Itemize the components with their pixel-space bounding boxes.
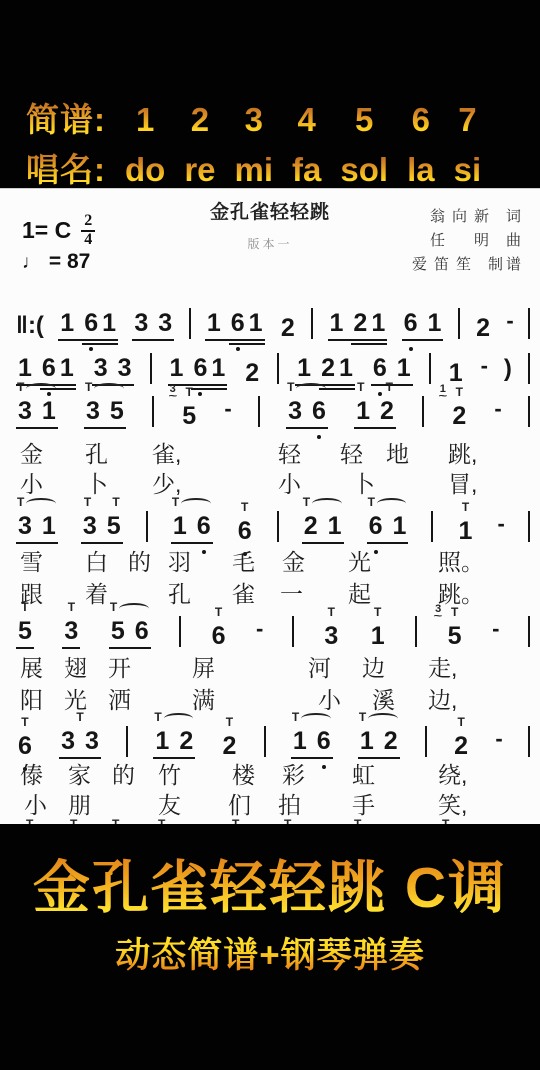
- thumb-mark: T: [70, 817, 77, 824]
- lyric-syllable: 雀,: [152, 443, 181, 466]
- note-group: T36: [286, 382, 328, 429]
- note-group: T6: [210, 607, 228, 649]
- barline: [528, 308, 530, 339]
- lyric-syllable: 白: [85, 551, 108, 574]
- note-row: 6: [16, 734, 34, 759]
- scale-number: 1: [132, 101, 158, 139]
- lyric-syllable: 拍: [278, 794, 301, 817]
- note-digit: 6: [135, 619, 149, 644]
- note-digit: 5: [111, 619, 125, 644]
- note-group: T1~2: [450, 387, 468, 429]
- lyric-syllable: 家: [68, 764, 91, 787]
- note-row: 16: [291, 729, 333, 759]
- fingering-marks: T: [16, 717, 34, 731]
- lyric-syllable: 起: [348, 583, 371, 606]
- dash-note: -: [494, 398, 501, 420]
- note-row: 61: [402, 311, 444, 341]
- tempo-value: = 87: [49, 250, 90, 273]
- dash-note: -: [481, 355, 488, 377]
- fingering-marks: T: [452, 717, 470, 731]
- finger-squiggle: ~: [434, 613, 443, 620]
- note-row: 2: [279, 316, 297, 341]
- note-row: 56: [109, 619, 151, 649]
- lyric-syllable: 小: [318, 689, 341, 712]
- note-row: 1: [457, 519, 475, 544]
- barline: [311, 308, 313, 339]
- credit-role: 词: [506, 205, 524, 229]
- lyric-syllable: 轻: [340, 443, 363, 466]
- note-digit: 6: [84, 311, 98, 336]
- note-digit: 3: [83, 514, 97, 539]
- lyric-syllable: 金: [282, 551, 305, 574]
- note-digit: 5: [110, 399, 124, 424]
- slur-arc: [26, 383, 55, 394]
- finger-number: 1~: [436, 385, 449, 400]
- barline: [431, 511, 433, 542]
- thumb-mark: T: [442, 817, 449, 824]
- finger-squiggle: ~: [438, 393, 447, 400]
- note-digit: 1: [371, 311, 385, 336]
- score-symbol: ‖:(: [16, 314, 44, 338]
- note-digit: 6: [231, 311, 245, 336]
- jianpu-row-label: 简谱:: [26, 94, 110, 141]
- credit-role: 曲: [506, 229, 524, 253]
- thumb-mark: T: [232, 817, 239, 824]
- lyric-syllable: 卜: [352, 473, 375, 496]
- barline: [458, 308, 460, 339]
- lyric-syllable: 冒,: [448, 473, 477, 496]
- thumb-mark: T: [456, 387, 463, 397]
- note-group: T3~5: [180, 387, 198, 429]
- credit-row: 爱笛笙制谱: [412, 253, 524, 277]
- solfege-row-label: 唱名:: [26, 144, 110, 191]
- note-group: T2: [220, 717, 238, 759]
- note-digit: 5: [107, 514, 121, 539]
- lyric-syllable: 傣: [20, 764, 43, 787]
- scale-number: 2: [187, 101, 213, 139]
- note-row: 12: [153, 729, 195, 759]
- note-group: T33: [59, 712, 101, 759]
- quarter-note-icon: ♩: [22, 252, 41, 273]
- note-group: T12: [153, 712, 195, 759]
- note-row: 1: [369, 624, 387, 649]
- fingering-marks: T: [457, 502, 475, 516]
- note-digit: 2: [304, 514, 318, 539]
- note-digit: 5: [18, 619, 32, 644]
- fingering-marks: T: [180, 387, 198, 401]
- note-row: 161: [58, 311, 118, 341]
- note-digit: 1: [18, 356, 32, 381]
- note-group: T12: [358, 712, 400, 759]
- note-digit: 6: [212, 624, 226, 649]
- dash-note: -: [495, 728, 502, 750]
- thumb-mark: T: [386, 382, 393, 392]
- note-digit: 6: [317, 729, 331, 754]
- lyric-syllable: 绕,: [438, 764, 467, 787]
- note-row: 3: [322, 624, 340, 649]
- barline: [264, 726, 266, 757]
- note-group: 61: [402, 311, 444, 341]
- note-digit: 1: [393, 514, 407, 539]
- note-row: 5: [180, 404, 198, 429]
- note-digit: 2: [454, 734, 468, 759]
- lyric-row: 跟着孔雀一起跳。: [0, 583, 540, 611]
- note-group: T2: [452, 717, 470, 759]
- key-signature: 1= C 2 4 ♩ = 87: [22, 213, 95, 274]
- note-digit: 6: [197, 514, 211, 539]
- credit-row: 任 明曲: [412, 229, 524, 253]
- note-row: 35: [84, 399, 126, 429]
- note-row: 16: [171, 514, 213, 544]
- note-digit: 1: [371, 624, 385, 649]
- note-digit: 3: [94, 356, 108, 381]
- bottom-title: 金孔雀轻轻跳 C调: [0, 842, 540, 924]
- note-digit: 2: [384, 729, 398, 754]
- note-digit: 1: [60, 311, 74, 336]
- note-digit: 3: [85, 729, 99, 754]
- lyric-syllable: 河: [308, 657, 331, 680]
- slur-arc: [94, 383, 123, 394]
- lyric-syllable: 们: [228, 794, 251, 817]
- note-digit: 2: [380, 399, 394, 424]
- note-digit: 6: [373, 356, 387, 381]
- note-digit: 3: [64, 619, 78, 644]
- note-digit: 3: [18, 399, 32, 424]
- score-symbol: ): [504, 357, 512, 381]
- credit-row: 翁向新词: [412, 205, 524, 229]
- note-row: 33: [132, 311, 174, 341]
- note-digit: 1: [60, 356, 74, 381]
- fingering-marks: T: [450, 387, 468, 401]
- note-digit: 2: [452, 404, 466, 429]
- note-row: 61: [367, 514, 409, 544]
- lyric-row: 展翅开屏河边走,: [0, 657, 540, 685]
- lyric-syllable: 的: [128, 551, 151, 574]
- fingering-marks: T: [286, 382, 328, 396]
- barline: [528, 511, 530, 542]
- thumb-mark: T: [186, 387, 193, 397]
- credit-name: 翁向新: [430, 205, 496, 229]
- note-digit: 1: [328, 514, 342, 539]
- lyric-row: 傣家的竹楼彩虹绕,: [0, 764, 540, 792]
- note-row: 33: [59, 729, 101, 759]
- note-digit: 1: [360, 729, 374, 754]
- solfege-syllable: sol: [336, 151, 392, 189]
- note-digit: 1: [211, 356, 225, 381]
- barline: [277, 511, 279, 542]
- video-frame: 简谱: 唱名: 1do2re3mi4fa5sol6la7si 金孔雀轻轻跳 版本…: [0, 0, 540, 1070]
- note-row: 161: [168, 356, 228, 386]
- lyric-syllable: 孔: [85, 443, 108, 466]
- note-row: 35: [81, 514, 123, 544]
- lyric-syllable: 雪: [20, 551, 43, 574]
- note-digit: 1: [427, 311, 441, 336]
- finger-number: 3~: [166, 385, 179, 400]
- fingering-marks: T: [236, 502, 254, 516]
- lyric-syllable: 屏: [192, 657, 215, 680]
- solfege-syllable: mi: [231, 151, 278, 189]
- lyric-syllable: 小: [278, 473, 301, 496]
- note-digit: 3: [18, 514, 32, 539]
- lyric-syllable: 跳。: [438, 583, 484, 606]
- lyric-syllable: 洒: [108, 689, 131, 712]
- lyric-syllable: 孔: [168, 583, 191, 606]
- note-digit: 3: [288, 399, 302, 424]
- barline: [528, 616, 530, 647]
- note-digit: 1: [339, 356, 353, 381]
- note-row: 2: [220, 734, 238, 759]
- note-row: 12: [358, 729, 400, 759]
- lyric-syllable: 光: [348, 551, 371, 574]
- score-line: T31TT35T16T6T21T61T1-: [16, 498, 530, 544]
- barline: [425, 726, 427, 757]
- barline: [146, 511, 148, 542]
- lyric-syllable: 轻: [278, 443, 301, 466]
- lyric-syllable: 跳,: [448, 443, 477, 466]
- thumb-mark: T: [226, 717, 233, 727]
- thumb-mark: T: [112, 817, 119, 824]
- lyric-syllable: 笑,: [438, 794, 467, 817]
- barline: [258, 396, 260, 427]
- note-group: T1: [369, 607, 387, 649]
- note-row: 121: [328, 311, 388, 341]
- note-digit: 1: [42, 399, 56, 424]
- note-digit: 1: [173, 514, 187, 539]
- lyric-syllable: 朋: [68, 794, 91, 817]
- note-group: 121: [328, 311, 388, 341]
- note-digit: 1: [170, 356, 184, 381]
- lyric-syllable: 满: [192, 689, 215, 712]
- fingering-marks: T: [220, 717, 238, 731]
- note-digit: 2: [222, 734, 236, 759]
- thumb-mark: T: [17, 382, 24, 392]
- solfege-banner: 简谱: 唱名: 1do2re3mi4fa5sol6la7si: [26, 94, 485, 191]
- note-group: T21: [302, 497, 344, 544]
- thumb-mark: T: [26, 817, 33, 824]
- dash-note: -: [506, 310, 513, 332]
- note-digit: 1: [297, 356, 311, 381]
- note-digit: 3: [86, 399, 100, 424]
- barline: [422, 396, 424, 427]
- note-group: 2: [474, 316, 492, 341]
- solfege-syllable: do: [121, 151, 169, 189]
- lyric-syllable: 手: [352, 794, 375, 817]
- lyric-syllable: 地: [386, 443, 409, 466]
- thumb-mark: T: [462, 502, 469, 512]
- clipped-fingering-row: TTTTTTTT: [0, 817, 540, 824]
- thumb-mark: T: [457, 717, 464, 727]
- note-row: 6: [236, 519, 254, 544]
- note-group: 161: [205, 311, 265, 341]
- note-group: T3~5: [446, 607, 464, 649]
- lyric-syllable: 着: [85, 583, 108, 606]
- note-group: T3: [322, 607, 340, 649]
- note-digit: 2: [281, 316, 295, 341]
- score-line: 161331612121611-): [16, 340, 530, 386]
- note-row: 3: [62, 619, 80, 649]
- lyric-syllable: 展: [20, 657, 43, 680]
- note-group: T16: [171, 497, 213, 544]
- scale-number: 7: [454, 101, 480, 139]
- thumb-mark: T: [354, 817, 361, 824]
- note-row: 31: [16, 399, 58, 429]
- note-row: 2: [452, 734, 470, 759]
- solfege-syllable: si: [450, 151, 486, 189]
- barline: [277, 353, 279, 384]
- note-row: 12: [354, 399, 396, 429]
- note-digit: 2: [476, 316, 490, 341]
- note-digit: 1: [293, 729, 307, 754]
- note-digit: 3: [118, 356, 132, 381]
- note-digit: 6: [18, 734, 32, 759]
- note-group: T61: [367, 497, 409, 544]
- note-group: TT35: [81, 497, 123, 544]
- note-digit: 3: [158, 311, 172, 336]
- note-group: 2: [279, 316, 297, 341]
- lyric-row: 小卜少,小卜冒,: [0, 473, 540, 501]
- lyric-row: 阳光洒满小溪边,: [0, 689, 540, 717]
- scale-number: 5: [351, 101, 377, 139]
- lyric-syllable: 雀: [232, 583, 255, 606]
- note-group: 161: [58, 311, 118, 341]
- fingering-marks: T: [16, 382, 58, 396]
- barline: [292, 616, 294, 647]
- note-digit: 2: [179, 729, 193, 754]
- note-digit: 5: [182, 404, 196, 429]
- lyric-syllable: 阳: [20, 689, 43, 712]
- lyric-syllable: 照。: [438, 551, 484, 574]
- note-digit: 1: [249, 311, 263, 336]
- thumb-mark: T: [287, 382, 294, 392]
- note-digit: 6: [404, 311, 418, 336]
- lyric-syllable: 小: [20, 473, 43, 496]
- note-group: 161: [168, 356, 228, 386]
- note-digit: 1: [207, 311, 221, 336]
- thumb-mark: T: [357, 382, 364, 392]
- lyric-syllable: 虹: [352, 764, 375, 787]
- note-digit: 1: [330, 311, 344, 336]
- barline: [528, 353, 530, 384]
- dash-note: -: [256, 618, 263, 640]
- credit-name: 任 明: [430, 229, 496, 253]
- note-group: T31: [16, 497, 58, 544]
- note-digit: 1: [356, 399, 370, 424]
- note-row: 6: [210, 624, 228, 649]
- finger-squiggle: ~: [168, 393, 177, 400]
- credits: 翁向新词任 明曲爱笛笙制谱: [412, 205, 524, 277]
- scale-number: 4: [294, 101, 320, 139]
- thumb-mark: T: [21, 717, 28, 727]
- score-line: ‖:(161331612121612-: [16, 295, 530, 341]
- lyric-syllable: 跟: [20, 583, 43, 606]
- note-digit: 2: [321, 356, 335, 381]
- barline: [126, 726, 128, 757]
- thumb-mark: T: [241, 502, 248, 512]
- note-row: 2: [474, 316, 492, 341]
- lyric-syllable: 走,: [428, 657, 457, 680]
- lyric-row: 金孔雀,轻轻地跳,: [0, 443, 540, 471]
- note-group: T1: [457, 502, 475, 544]
- note-row: 5: [446, 624, 464, 649]
- solfege-syllable: la: [403, 151, 439, 189]
- note-digit: 6: [193, 356, 207, 381]
- slur-arc: [296, 383, 325, 394]
- note-digit: 3: [61, 729, 75, 754]
- bottom-subtitle: 动态简谱+钢琴弹奏: [0, 928, 540, 978]
- credit-name: 爱笛笙: [412, 253, 478, 277]
- barline: [415, 616, 417, 647]
- note-group: TT12: [354, 382, 396, 429]
- note-digit: 6: [42, 356, 56, 381]
- lyric-row: 雪白的羽毛金光照。: [0, 551, 540, 579]
- thumb-mark: T: [158, 817, 165, 824]
- note-group: T31: [16, 382, 58, 429]
- lyric-syllable: 翅: [64, 657, 87, 680]
- credit-role: 制谱: [488, 253, 524, 277]
- lyric-syllable: 小: [24, 794, 47, 817]
- lyric-syllable: 一: [280, 583, 303, 606]
- solfege-grid: 简谱: 唱名: 1do2re3mi4fa5sol6la7si: [26, 94, 485, 191]
- note-group: T6: [16, 717, 34, 759]
- note-row: 36: [286, 399, 328, 429]
- barline: [179, 616, 181, 647]
- note-digit: 1: [459, 519, 473, 544]
- lyric-syllable: 开: [108, 657, 131, 680]
- barline: [150, 353, 152, 384]
- fingering-marks: TT: [354, 382, 396, 396]
- note-digit: 3: [324, 624, 338, 649]
- note-group: T35: [84, 382, 126, 429]
- note-digit: 1: [42, 514, 56, 539]
- note-group: 33: [132, 311, 174, 341]
- lyric-syllable: 的: [112, 764, 135, 787]
- lyric-syllable: 溪: [372, 689, 395, 712]
- lyric-syllable: 楼: [232, 764, 255, 787]
- score-line: T6T33T12T2T16T12T2-: [16, 713, 530, 759]
- lyric-syllable: 边: [362, 657, 385, 680]
- lyric-syllable: 光: [64, 689, 87, 712]
- note-row: 2: [450, 404, 468, 429]
- fingering-marks: T: [84, 382, 126, 396]
- note-row: 161: [205, 311, 265, 341]
- lyric-syllable: 少,: [152, 473, 181, 496]
- note-digit: 6: [312, 399, 326, 424]
- score-sheet: 金孔雀轻轻跳 版本一 1= C 2 4 ♩ = 87 翁向新词任 明曲爱笛笙制谱…: [0, 188, 540, 824]
- barline: [189, 308, 191, 339]
- note-group: T16: [291, 712, 333, 759]
- barline: [528, 396, 530, 427]
- barline: [429, 353, 431, 384]
- lyric-syllable: 羽: [168, 551, 191, 574]
- note-digit: 3: [134, 311, 148, 336]
- barline: [152, 396, 154, 427]
- thumb-mark: T: [284, 817, 291, 824]
- key-label: 1= C: [22, 217, 71, 244]
- scale-number: 3: [241, 101, 267, 139]
- barline: [528, 726, 530, 757]
- note-digit: 5: [448, 624, 462, 649]
- lyric-syllable: 毛: [232, 551, 255, 574]
- note-digit: 6: [369, 514, 383, 539]
- note-row: 21: [302, 514, 344, 544]
- note-digit: 1: [155, 729, 169, 754]
- note-digit: 1: [102, 311, 116, 336]
- note-group: T6: [236, 502, 254, 544]
- thumb-mark: T: [85, 382, 92, 392]
- lyric-syllable: 卜: [85, 473, 108, 496]
- lyric-syllable: 边,: [428, 689, 457, 712]
- solfege-syllable: fa: [288, 151, 325, 189]
